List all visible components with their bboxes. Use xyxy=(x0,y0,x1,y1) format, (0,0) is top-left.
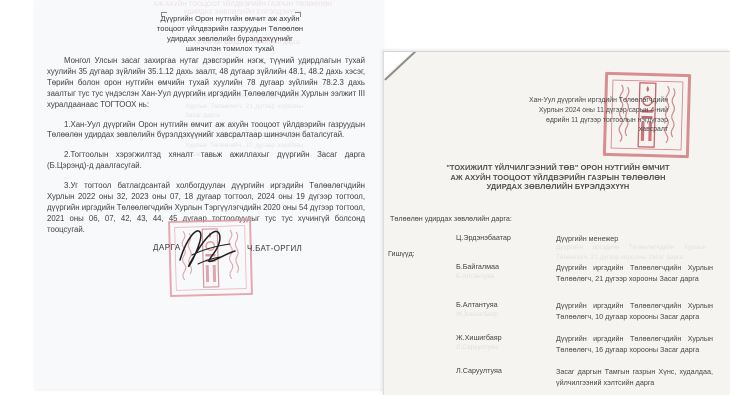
resolution-paragraph: 1.Хан-Уул дүүргийн Орон нутгийн өмчит аж… xyxy=(47,120,365,142)
annex-title: "ТОХИЖИЛТ ҮЙЛЧИЛГЭЭНИЙ ТӨВ" ОРОН НУТГИЙН… xyxy=(398,163,718,192)
right-document-page: Хан-Уул дүүргийн иргэдийн Төлөөлөгчдийн … xyxy=(383,51,730,395)
annex-title-line: "ТОХИЖИЛТ ҮЙЛЧИЛГЭЭНИЙ ТӨВ" ОРОН НУТГИЙН… xyxy=(398,163,718,173)
member-role: Дүүргийн иргэдийн Төлөөлөгчдийн Хурлын Т… xyxy=(556,333,713,355)
bleed-through-text: Дүүргийн иргэдийн Төлөөлөгчдийн Хурлын Т… xyxy=(556,243,706,262)
member-name: Л.Саруултуяа xyxy=(456,366,502,375)
annex-header-line: Хан-Уул дүүргийн иргэдийн Төлөөлөгчдийн xyxy=(486,96,668,106)
annex-header-line: хавсралт xyxy=(486,125,668,135)
bleed-through-text: АЖ АХУЙН ТООЦООТ ҮЙЛДВЭРИЙН ГАЗРЫН ТӨЛӨӨ… xyxy=(135,1,350,9)
left-document-page: АЖ АХУЙН ТООЦООТ ҮЙЛДВЭРИЙН ГАЗРЫН ТӨЛӨӨ… xyxy=(35,0,383,389)
bleed-through-text: Ж.Хишигбаяр xyxy=(456,311,498,318)
chair-role: Дүүргийн менежер xyxy=(556,233,713,244)
resolution-title-line: шинэчлэн томилох тухай xyxy=(130,44,330,54)
handwritten-signature-icon xyxy=(172,224,244,270)
resolution-title-line: удирдах зөвлөлийн бүрэлдэхүүнийг xyxy=(130,34,330,44)
resolution-title-line: тооцоот үйлдвэрийн газруудын Төлөөлөн xyxy=(130,24,330,34)
member-role: Дүүргийн иргэдийн Төлөөлөгчдийн Хурлын Т… xyxy=(556,262,713,284)
member-role: Засаг даргын Тамгын газрын Хүнс, худалда… xyxy=(556,366,713,388)
resolution-body: Монгол Улсын засаг захиргаа нутаг дэвсгэ… xyxy=(47,56,365,245)
annex-title-line: АЖ АХУЙН ТООЦООТ ҮЙЛДВЭРИЙН ГАЗРЫН ТӨЛӨӨ… xyxy=(398,173,718,183)
chair-name: Ц.Эрдэнэбаатар xyxy=(456,233,511,242)
member-role: Дүүргийн иргэдийн Төлөөлөгчдийн Хурлын Т… xyxy=(556,300,713,322)
resolution-paragraph: Монгол Улсын засаг захиргаа нутаг дэвсгэ… xyxy=(47,56,365,111)
member-name: Ж.Хишигбаяр xyxy=(456,333,502,342)
annex-header-line: өдрийн 11 дүгээр тогтоолын нэгдүгээр xyxy=(486,116,668,126)
bleed-through-text: Л.Саруултуяа xyxy=(456,344,498,351)
signer-title: ДАРГА xyxy=(153,243,181,252)
annex-title-line: УДИРДАХ ЗӨВЛӨЛИЙН БҮРЭЛДЭХҮҮН xyxy=(398,182,718,192)
resolution-title-line: Дүүргийн Орон нутгийн өмчит аж ахуйн xyxy=(130,14,330,24)
signer-name: Ч.БАТ-ОРГИЛ xyxy=(247,244,302,253)
members-section-label: Гишүүд: xyxy=(388,249,415,258)
member-name: Б.Байгалмаа xyxy=(456,262,499,271)
annex-header: Хан-Уул дүүргийн иргэдийн Төлөөлөгчдийн … xyxy=(486,96,668,135)
bleed-through-text: Б.Алтантуяа xyxy=(456,273,494,280)
member-name: Б.Алтантуяа xyxy=(456,300,498,309)
annex-header-line: Хурлын 2024 оны 11 дүгээр сарын 4-ний xyxy=(486,106,668,116)
chair-section-label: Төлөөлөн удирдах зөвлөлийн дарга: xyxy=(390,214,512,223)
resolution-paragraph: 2.Тогтоолын хэрэгжилтэд хяналт тавьж ажи… xyxy=(47,150,365,172)
resolution-title: Дүүргийн Орон нутгийн өмчит аж ахуйн тоо… xyxy=(130,14,330,54)
scanned-documents-view: АЖ АХУЙН ТООЦООТ ҮЙЛДВЭРИЙН ГАЗРЫН ТӨЛӨӨ… xyxy=(0,0,730,395)
